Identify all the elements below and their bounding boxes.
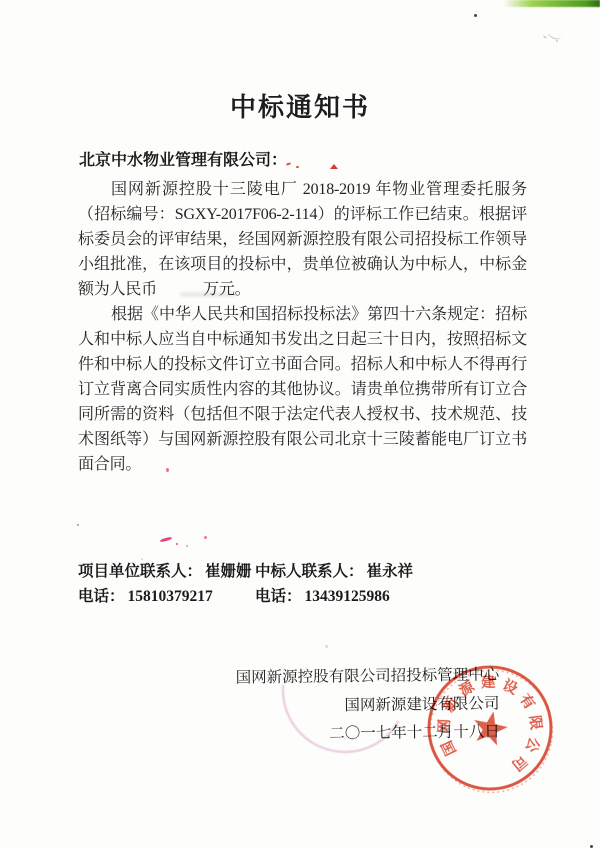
faded-seal-imprint — [270, 615, 420, 765]
paragraph-line: 国网新源控股十三陵电厂 2018-2019 年物业管理委托服务 — [78, 177, 527, 202]
artifact-speck — [547, 28, 563, 41]
amount-line: 额为人民币万元。 — [78, 277, 527, 302]
contact-phones-row: 电话：15810379217 电话：13439125986 — [78, 584, 508, 609]
winner-phone: 电话：13439125986 — [255, 584, 390, 609]
legal-paragraph: 根据《中华人民共和国招标投标法》第四十六条规定：招标 人和中标人应当自中标通知书… — [78, 302, 527, 477]
amount-prefix: 额为人民币 — [78, 281, 157, 298]
artifact-speck — [590, 845, 593, 848]
artifact-speck — [160, 536, 172, 542]
phone-label: 电话： — [255, 588, 302, 605]
artifact-speck — [286, 162, 291, 166]
scanned-document-page: 中标通知书 北京中水物业管理有限公司： 国网新源控股十三陵电厂 2018-201… — [0, 0, 600, 849]
official-seal: 国网新源建设有限公司 — [401, 639, 579, 817]
svg-text:新: 新 — [439, 693, 462, 715]
artifact-speck — [477, 347, 479, 349]
artifact-speck — [325, 645, 328, 648]
paragraph-line: 标委员会的评审结果，经国网新源控股有限公司招投标工作领导 — [78, 227, 527, 252]
paragraph-line: 同所需的资料（包括但不限于法定代表人授权书、技术规范、技 — [78, 402, 527, 427]
artifact-speck — [543, 35, 547, 39]
scanner-artifact-green — [503, 0, 600, 7]
artifact-speck — [330, 164, 338, 169]
project-contact: 项目单位联系人：崔姗姗 — [78, 559, 252, 584]
paragraph-line: （招标编号：SGXY-2017F06-2-114）的评标工作已结束。根据评 — [78, 202, 527, 227]
artifact-speck — [176, 543, 178, 545]
artifact-speck — [186, 545, 188, 547]
paragraph-line: 术图纸等）与国网新源控股有限公司北京十三陵蓄能电厂订立书 — [78, 427, 527, 452]
artifact-speck — [556, 40, 558, 42]
seal-star-icon — [470, 708, 510, 747]
project-phone: 电话：15810379217 — [78, 584, 213, 609]
svg-text:有: 有 — [516, 690, 539, 713]
page-title: 中标通知书 — [0, 87, 600, 124]
contact-names-row: 项目单位联系人：崔姗姗 中标人联系人：崔永祥 — [78, 559, 508, 584]
svg-text:国: 国 — [437, 737, 460, 758]
artifact-speck — [166, 468, 169, 472]
paragraph-line: 根据《中华人民共和国招标投标法》第四十六条规定：招标 — [78, 302, 527, 327]
paragraph-line: 小组批准，在该项目的投标中，贵单位被确认为中标人，中标金 — [78, 252, 527, 277]
paragraph-line: 人和中标人应当自中标通知书发出之日起三十日内，按照招标文 — [78, 327, 527, 352]
winner-phone-number: 13439125986 — [305, 588, 390, 605]
svg-text:公: 公 — [522, 735, 543, 755]
phone-label: 电话： — [78, 588, 125, 605]
recipient-salutation: 北京中水物业管理有限公司： — [79, 147, 287, 170]
svg-text:司: 司 — [508, 752, 531, 775]
winner-contact-name: 崔永祥 — [367, 563, 414, 580]
award-paragraph: 国网新源控股十三陵电厂 2018-2019 年物业管理委托服务 （招标编号：SG… — [78, 177, 527, 302]
artifact-speck — [204, 536, 207, 539]
svg-text:网: 网 — [436, 718, 454, 734]
svg-text:限: 限 — [526, 714, 546, 731]
contact-section: 项目单位联系人：崔姗姗 中标人联系人：崔永祥 电话：15810379217 电话… — [78, 559, 508, 609]
winner-contact: 中标人联系人：崔永祥 — [255, 559, 413, 584]
project-contact-name: 崔姗姗 — [205, 563, 252, 580]
artifact-speck — [474, 14, 477, 17]
svg-text:建: 建 — [481, 674, 497, 692]
winner-contact-label: 中标人联系人： — [255, 563, 364, 580]
svg-text:设: 设 — [500, 675, 521, 698]
artifact-speck — [141, 558, 143, 560]
paragraph-line: 面合同。 — [78, 452, 527, 477]
svg-text:源: 源 — [456, 678, 478, 700]
artifact-speck — [77, 524, 79, 526]
artifact-speck — [180, 292, 235, 297]
artifact-speck — [296, 166, 299, 168]
project-phone-number: 15810379217 — [128, 588, 213, 605]
project-contact-label: 项目单位联系人： — [78, 563, 202, 580]
paragraph-line: 件和中标人的投标文件订立书面合同。招标人和中标人不得再行 — [78, 352, 527, 377]
paragraph-line: 订立背离合同实质性内容的其他协议。请贵单位携带所有订立合 — [78, 377, 527, 402]
